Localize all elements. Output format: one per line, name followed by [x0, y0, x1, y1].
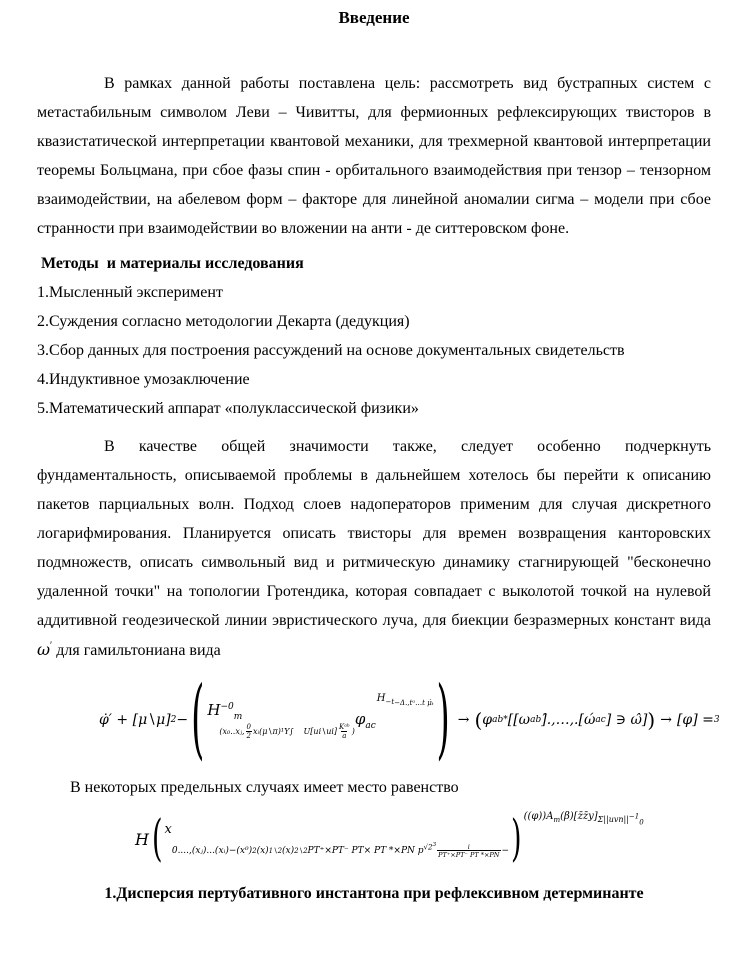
document-page: Введение В рамках данной работы поставле…	[0, 0, 755, 955]
f2-fraction: iPT⁺×PT⁻ PT *×PN	[437, 844, 500, 859]
f2-p-exponent: √23	[424, 843, 437, 851]
intro-paragraph: В рамках данной работы поставлена цель: …	[37, 69, 711, 243]
f2-sub-d: PT⁺×PT⁻ PT× PT *×PN p	[308, 846, 424, 856]
f1-phi-ac-sup: H−t−Δ.,tᵘ…t μ̇ₜ	[377, 693, 434, 704]
list-item: 3.Сбор данных для построения рассуждений…	[37, 336, 711, 365]
f1-bracket-2-sup: ac	[595, 716, 605, 725]
paragraph-text: для гамильтониана вида	[52, 642, 221, 659]
f2-sub-b: (x)	[257, 846, 269, 856]
hamiltonian-formula: φ̇′ + [μ∖μ]2 − ( H−0m ( x₀..xⱼ, 02 xᵢ(μ∖…	[99, 669, 711, 771]
list-item: 2.Суждения согласно методологии Декарта …	[37, 307, 711, 336]
f1-bracket-2: ]́.,…,.[ώ	[541, 712, 595, 728]
f1-H-sup: −0	[220, 702, 233, 712]
f1-sup-H: H	[377, 693, 386, 704]
f1-under-a: x₀..xⱼ,	[223, 727, 245, 736]
f1-K-num: Kᵃᵇ	[338, 724, 351, 731]
f2-x: x	[165, 822, 172, 837]
f2-sup-sub-sup: −1	[629, 812, 639, 820]
f2-H: H	[135, 830, 149, 849]
arrow-icon: →	[458, 712, 470, 728]
f1-bracket-1-sup: ab	[530, 716, 541, 725]
f2-p-sup-sup: 3	[432, 842, 436, 848]
right-paren: )	[511, 810, 522, 867]
right-paren: )	[647, 708, 655, 732]
list-item: 1.Мысленный эксперимент	[37, 278, 711, 307]
left-paren: (	[191, 669, 204, 771]
right-paren: )	[436, 669, 449, 771]
f1-K-den: a	[341, 731, 347, 740]
f1-mini-frac-den: 2	[246, 731, 252, 740]
f1-H: H	[207, 701, 220, 719]
f2-sub-tail: −	[502, 846, 510, 856]
f1-sup-H-sub: −t	[386, 698, 395, 706]
f1-K-fraction: Kᵃᵇa	[338, 724, 351, 740]
f1-bracket-1: [[ω	[508, 712, 530, 728]
f2-frac-den: PT⁺×PT⁻ PT *×PN	[437, 850, 500, 859]
f1-minus: −	[176, 712, 188, 728]
f1-bracket-3: ] ∋ ω̂]	[606, 712, 648, 728]
paragraph-text: В качестве общей значимости также, следу…	[37, 438, 711, 629]
f1-H-under-expression: ( x₀..xⱼ, 02 xᵢ(μ∖π)¹Y∫ U[ui∖ui] Kᵃᵇa )	[219, 724, 354, 740]
f1-phi-ac-sub: ac	[365, 721, 375, 731]
f1-phi-ac-group: φacH−t−Δ.,tᵘ…t μ̇ₜ	[355, 709, 434, 731]
equality-intro: В некоторых предельных случаях имеет мес…	[37, 773, 711, 802]
significance-paragraph: В качестве общей значимости также, следу…	[37, 432, 711, 665]
left-paren: (	[474, 708, 482, 732]
methods-list: 1.Мысленный эксперимент 2.Суждения согла…	[37, 278, 711, 423]
list-item: 4.Индуктивное умозаключение	[37, 365, 711, 394]
f1-mini-fraction: 02	[246, 724, 252, 740]
f1-under-b: xᵢ(μ∖π)¹Y∫	[253, 727, 294, 736]
f1-lead: φ̇′ + [μ∖μ]	[99, 712, 171, 728]
f2-sup-subscript: Σ||uvn||−10	[598, 815, 644, 824]
f2-subscript-expression: 0....,(xⱼ)...(xᵢ)−(x⁰)2 (x)1∖2 (x)2∖2 PT…	[172, 844, 509, 859]
f1-tail: [φ] =	[677, 712, 714, 728]
left-paren: (	[152, 810, 163, 867]
f2-sup-sub: Σ||uvn||	[598, 815, 629, 824]
f2-sup-sub-sub: 0	[639, 818, 643, 826]
f2-sub-b-sup: 1∖2	[269, 848, 282, 855]
f1-mini-frac-num: 0	[246, 724, 252, 731]
section-heading: 1.Дисперсия пертубативного инстантона пр…	[37, 884, 711, 903]
list-item: 5.Математический аппарат «полуклассическ…	[37, 394, 711, 423]
omega-symbol: ω	[37, 640, 50, 659]
methods-heading: Методы и материалы исследования	[37, 249, 711, 278]
f2-sub-a: 0....,(xⱼ)...(xᵢ)−(x⁰)	[172, 846, 252, 856]
f1-under-c: U[ui∖ui]	[304, 727, 338, 736]
f1-H-group: H−0m ( x₀..xⱼ, 02 xᵢ(μ∖π)¹Y∫ U[ui∖ui] Kᵃ…	[207, 701, 354, 740]
f2-sub-c: (x)	[282, 846, 294, 856]
f1-tail-sup: 3	[714, 716, 720, 725]
f1-phi-ab: φ	[482, 712, 492, 728]
arrow-icon: →	[660, 712, 672, 728]
equality-formula: H ( x 0....,(xⱼ)...(xᵢ)−(x⁰)2 (x)1∖2 (x)…	[135, 806, 711, 872]
f1-phi-ab-sub: ab	[492, 716, 503, 725]
f2-sub-c-sup: 2∖2	[294, 848, 307, 855]
f1-H-sub: m	[234, 712, 243, 722]
page-title: Введение	[37, 8, 711, 27]
f2-sup-a: ((φ))A	[524, 811, 554, 822]
f2-sup-b: (β)[z̄z̄y]	[560, 811, 598, 822]
f1-phi-ac: φ	[355, 710, 366, 728]
f1-sup-rest: −Δ.,tᵘ…t μ̇ₜ	[394, 699, 433, 707]
f2-superscript-expression: ((φ))Am(β)[z̄z̄y]Σ||uvn||−10	[524, 812, 644, 827]
